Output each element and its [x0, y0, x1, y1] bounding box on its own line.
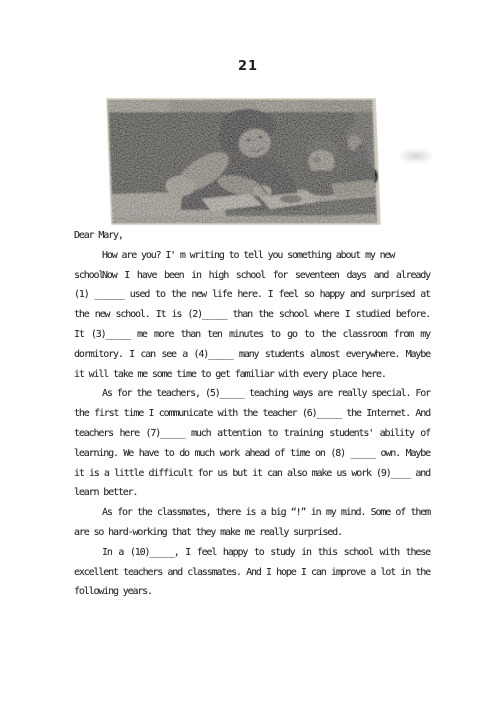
letter-line: the new school. It is (2)_____ than the … — [74, 305, 430, 325]
letter-line: dormitory. I can see a (4)_____ many stu… — [74, 345, 430, 365]
page-number: 21 — [0, 59, 496, 74]
letter-line: it will take me some time to get familia… — [74, 365, 430, 385]
letter-line: excellent teachers and classmates. And I… — [74, 563, 430, 583]
letter-line: learn better. — [74, 483, 430, 503]
letter-line: As for the classmates, there is a big “!… — [74, 503, 430, 523]
letter-line: Now I have been in high school for seven… — [74, 266, 430, 286]
classroom-photo-illustration — [106, 98, 381, 225]
letter-line: As for the teachers, (5)_____ teaching w… — [74, 384, 430, 404]
letter-body: Dear Mary, How are you? I' m writing to … — [74, 226, 430, 602]
letter-line: following years. — [74, 582, 430, 602]
letter-line: teachers here (7)_____ much attention to… — [74, 424, 430, 444]
letter-line: How are you? I' m writing to tell you so… — [74, 246, 430, 266]
letter-line: (1) ______ used to the new life here. I … — [74, 285, 430, 305]
letter-salutation: Dear Mary, — [74, 226, 430, 246]
letter-line: In a (10)_____, I feel happy to study in… — [74, 543, 430, 563]
letter-line: learning. We have to do much work ahead … — [74, 444, 430, 464]
classroom-photo — [106, 98, 381, 225]
letter-line: It (3)_____ me more than ten minutes to … — [74, 325, 430, 345]
scan-smudge — [398, 148, 434, 164]
letter-line: the first time I communicate with the te… — [74, 404, 430, 424]
letter-line: it is a little difficult for us but it c… — [74, 464, 430, 484]
document-page: 21 — [0, 0, 496, 702]
letter-line: are so hard-working that they make me re… — [74, 523, 430, 543]
